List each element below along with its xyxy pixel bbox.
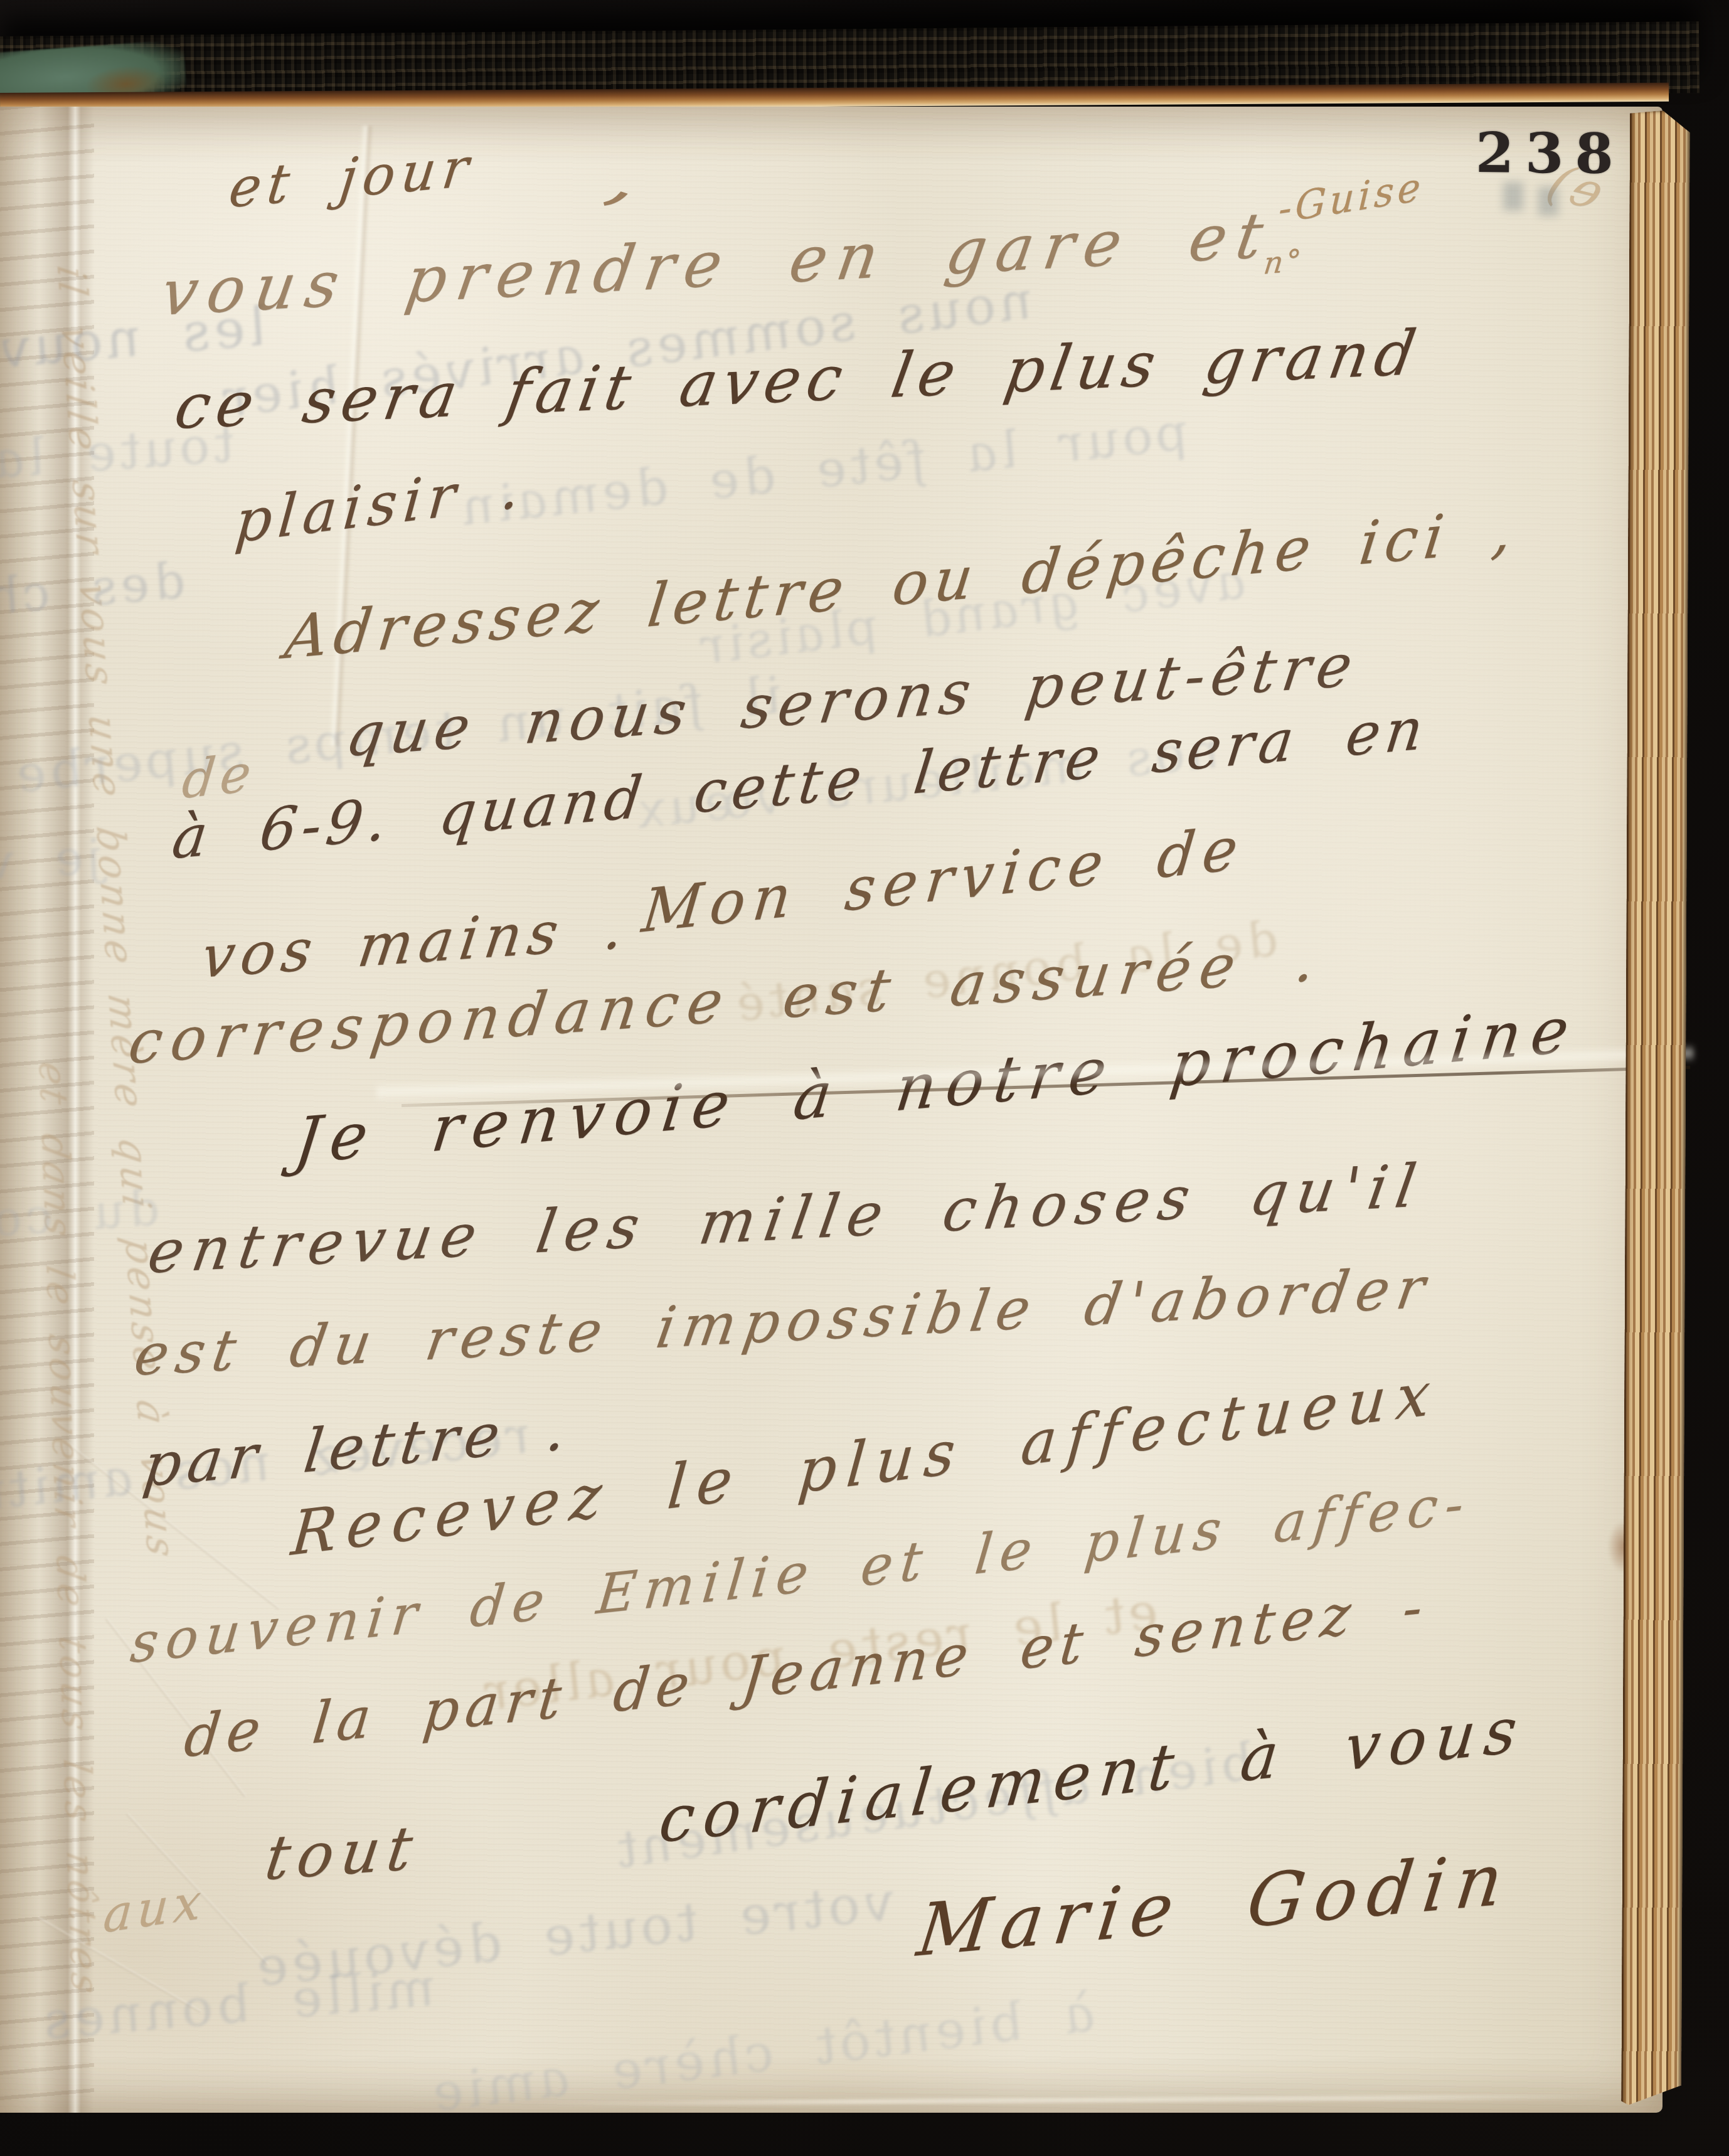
fore-edge-stack [1621, 110, 1690, 2109]
ink-smudge [1503, 182, 1523, 211]
line-8b: Mon service de [639, 814, 1248, 947]
line-2: vous prendre en gare et [156, 198, 1278, 330]
annotation-guise: -Guise [1277, 162, 1425, 232]
line-3: ce sera fait avec le plus grand [170, 317, 1427, 443]
line-et-jour: et jour [226, 135, 479, 221]
line-17a: tout [261, 1812, 424, 1894]
page-number-stamp: 238 [1476, 120, 1625, 186]
signature-marie-godin: Marie Godin [913, 1836, 1517, 1973]
book-scan: il veille sur vous une bonne mère qui pe… [0, 0, 1729, 2156]
line-8a: vos mains . [198, 893, 634, 991]
stray-comma-mark: , [597, 134, 669, 220]
line-17b: cordialement à vous [656, 1692, 1529, 1857]
ink-smudge [1538, 187, 1558, 216]
line-4: plaisir . [232, 452, 528, 556]
stray-bottom: aux [102, 1872, 208, 1945]
